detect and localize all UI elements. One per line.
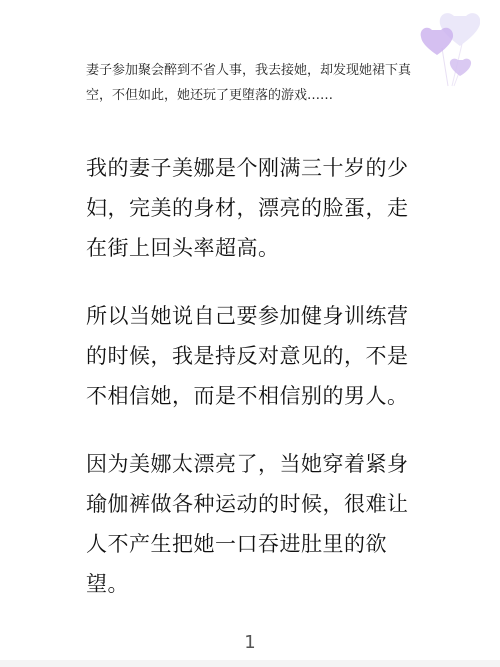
story-paragraph-2: 所以当她说自己要参加健身训练营的时候，我是持反对意见的，不是不相信她，而是不相信…: [86, 296, 426, 416]
story-teaser: 妻子参加聚会醉到不省人事，我去接她，却发现她裙下真空，不但如此，她还玩了更堕落的…: [86, 58, 426, 108]
story-paragraph-1: 我的妻子美娜是个刚满三十岁的少妇，完美的身材，漂亮的脸蛋，走在街上回头率超高。: [86, 148, 426, 268]
story-paragraph-3: 因为美娜太漂亮了，当她穿着紧身瑜伽裤做各种运动的时候，很难让人不产生把她一口吞进…: [86, 444, 426, 604]
heart-balloons-icon: [418, 8, 480, 88]
page-number: 1: [0, 632, 500, 653]
footer-divider: [0, 660, 500, 667]
